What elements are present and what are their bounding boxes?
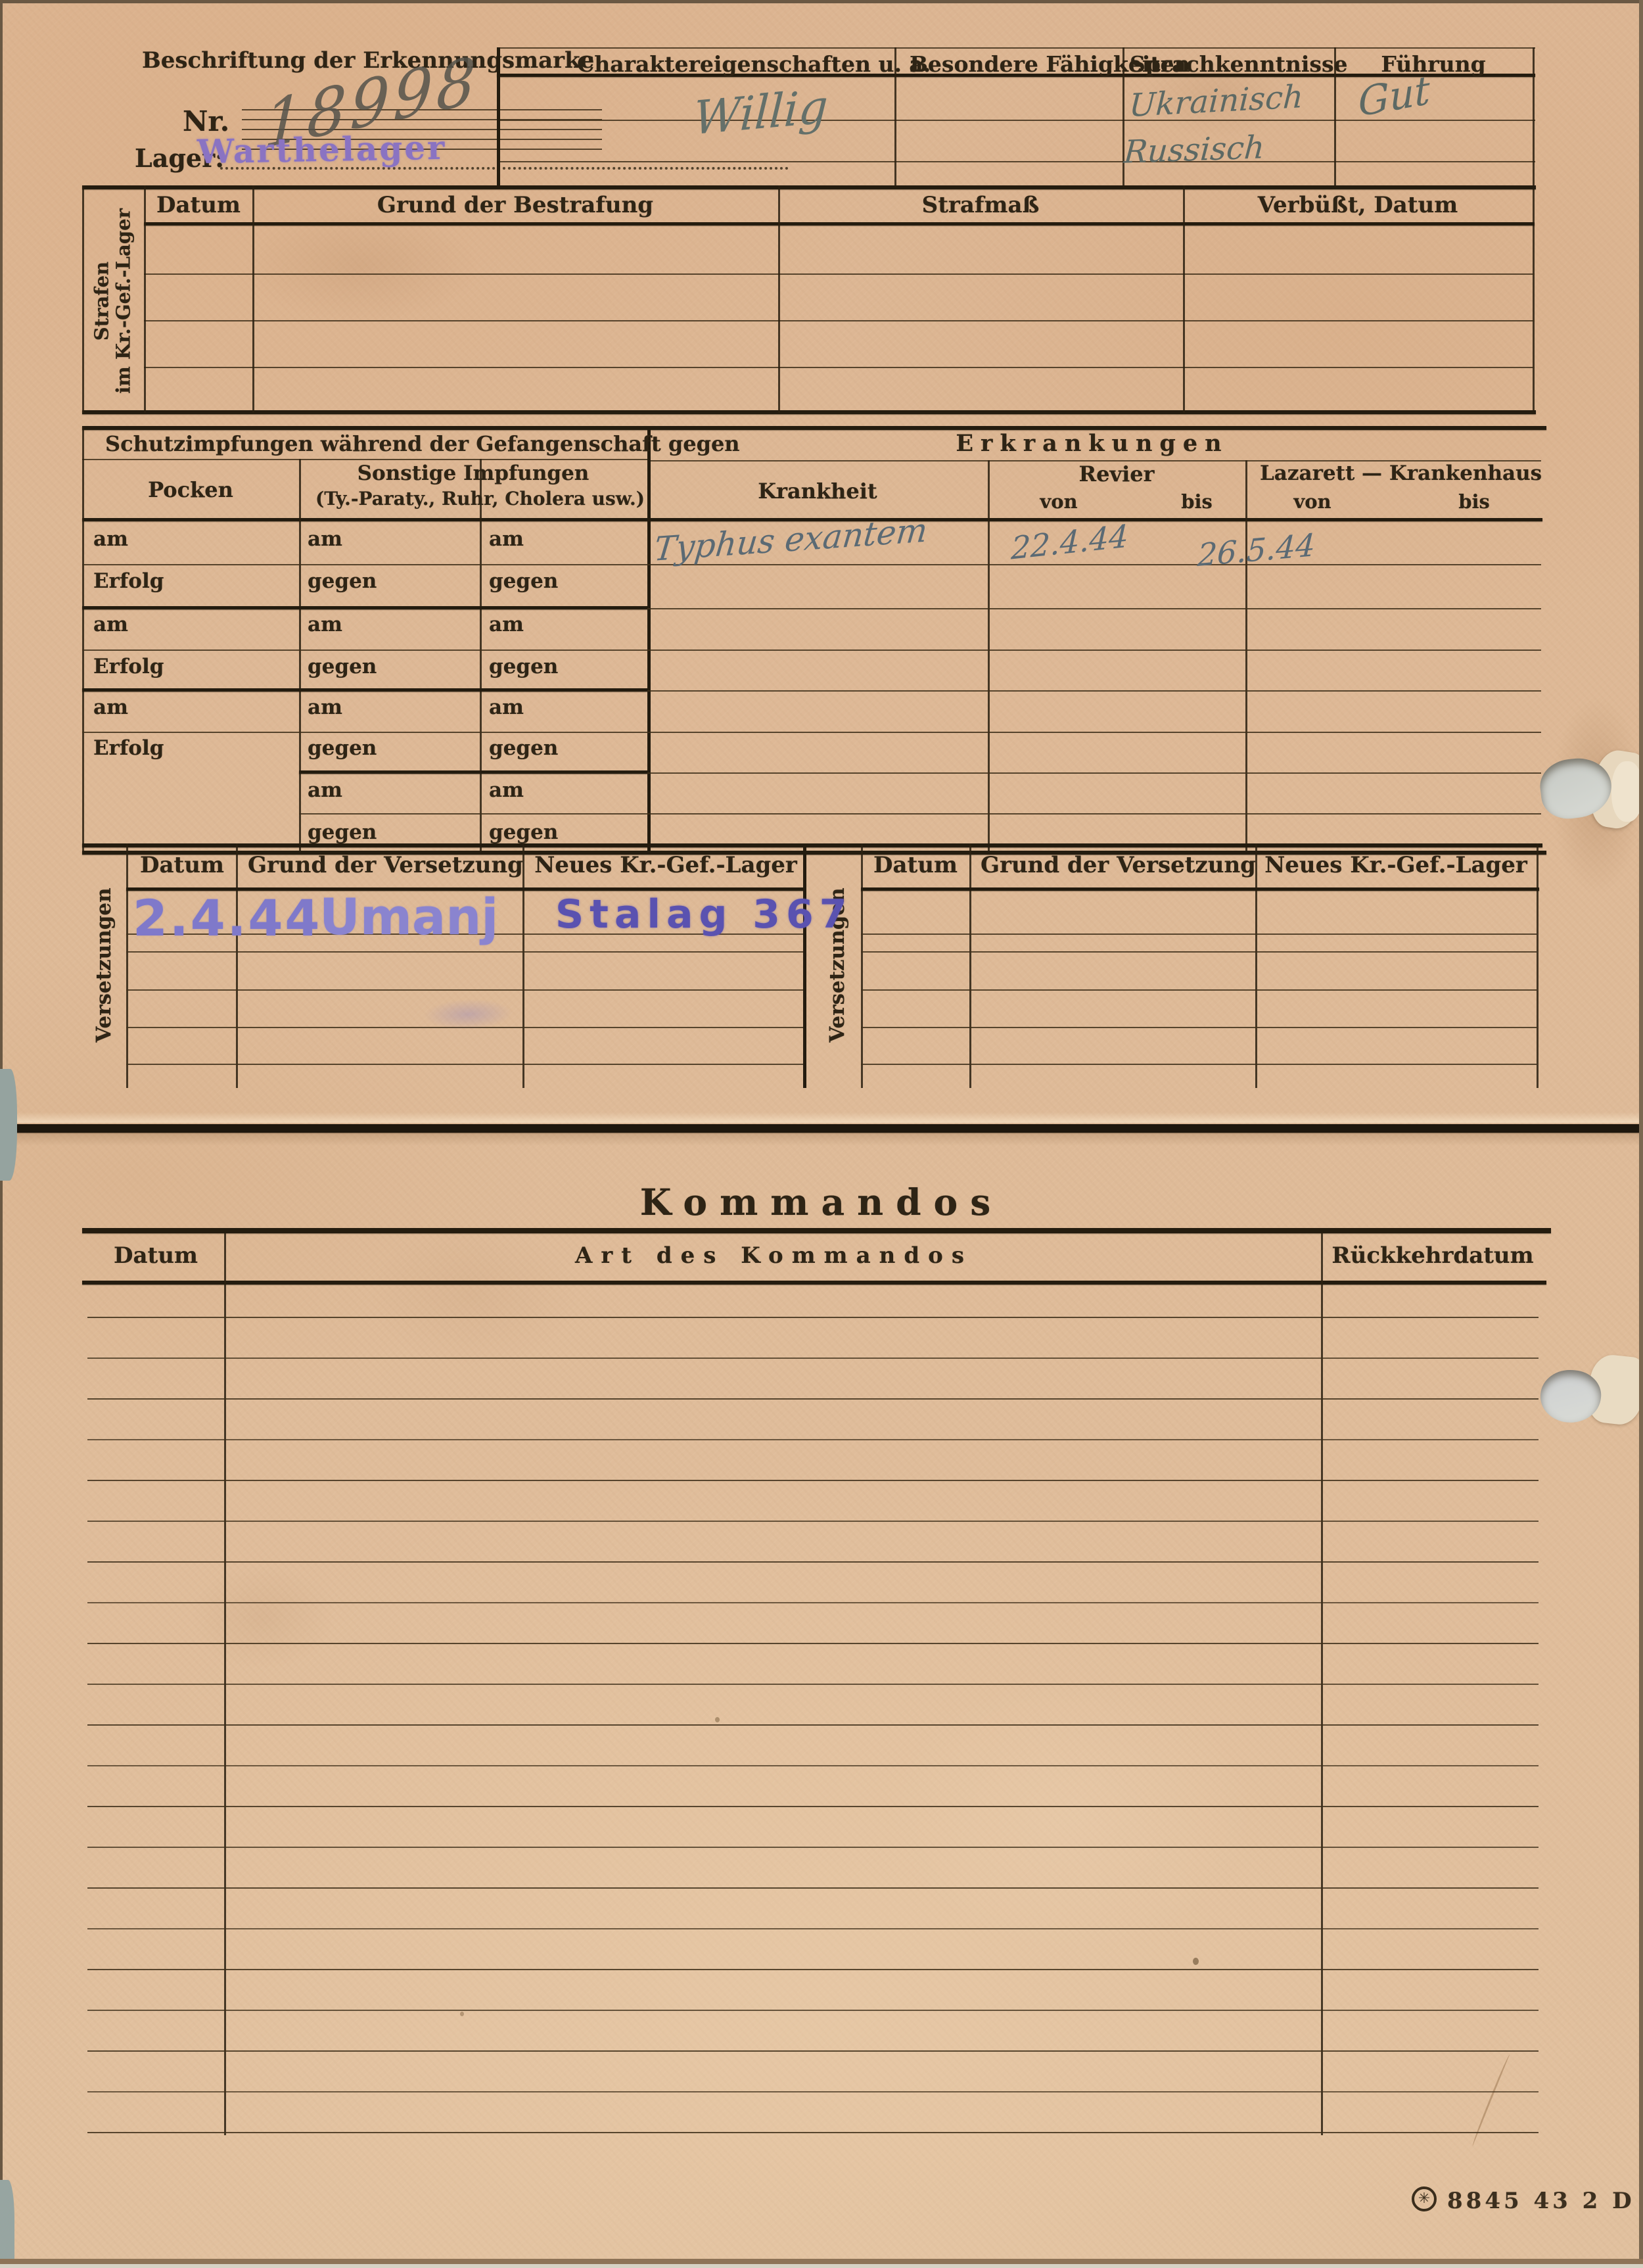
versetz-right-neues: Neues Kr.-Gef.-Lager	[1264, 852, 1527, 878]
edge-gray-bottom-left	[0, 2180, 14, 2268]
fuehrung-label: Führung	[1335, 51, 1532, 77]
edge-top	[0, 0, 1643, 3]
kommandos-col-art: Art des Kommandos	[575, 1242, 969, 1269]
print-code: 8845 43 2 D	[1447, 2188, 1635, 2214]
revier-von-entry-handwriting: 22.4.44	[1011, 518, 1129, 567]
versetz-left-neues: Neues Kr.-Gef.-Lager	[531, 852, 800, 878]
versetz-right-side-label: Versetzungen	[825, 834, 849, 1097]
print-symbol-icon: ✳	[1418, 2190, 1430, 2207]
fold-crease-highlight	[0, 1112, 1643, 1123]
versetz-right-grund: Grund der Versetzung	[981, 852, 1243, 878]
versetz-left-side-label: Versetzungen	[92, 834, 116, 1097]
stamp-ghost	[423, 998, 513, 1031]
krankheit-label: Krankheit	[686, 479, 949, 504]
lager-stamp-warthelager: Warthelager	[197, 128, 447, 172]
edge-gray-fold	[0, 1069, 17, 1181]
strafen-col-strafmass: Strafmaß	[849, 192, 1112, 218]
paper-speck	[715, 1717, 720, 1722]
lazarett-bis-label: bis	[1438, 490, 1510, 513]
revier-von-label: von	[1023, 490, 1095, 513]
strafen-col-verbuesst: Verbüßt, Datum	[1226, 192, 1489, 218]
charakter-label: Charaktereigenschaften u. a.	[577, 51, 814, 77]
fold-shadow	[0, 1133, 1643, 1146]
kommandos-header-rule	[82, 1281, 1546, 1285]
versetz-top-border	[82, 843, 1542, 847]
pocken-label: Pocken	[108, 477, 273, 502]
revier-label: Revier	[1018, 461, 1215, 486]
right-border	[1533, 47, 1535, 414]
punch-hole-top	[1537, 755, 1615, 822]
strafen-col-grund: Grund der Bestrafung	[318, 192, 712, 218]
sprachen-value2-handwriting: Russisch	[1122, 129, 1266, 171]
edge-right	[1639, 0, 1643, 2268]
sonstige-label-2: (Ty.-Paraty., Ruhr, Cholera usw.)	[315, 488, 631, 509]
revier-bis-label: bis	[1161, 490, 1233, 513]
strafen-bottom-border	[82, 410, 1536, 414]
impf-mid-divider	[647, 426, 651, 855]
strafen-side-label: Strafen im Kr.-Gef.-Lager	[91, 170, 135, 433]
lazarett-label: Lazarett — Krankenhaus	[1260, 461, 1526, 485]
paper-sheet: Beschriftung der Erkennungsmarke Nr. 189…	[0, 0, 1643, 2268]
paper-speck	[460, 2012, 464, 2016]
stain	[191, 1565, 335, 1670]
faehigkeiten-label: Besondere Fähigkeiten	[910, 51, 1107, 77]
kommandos-title: Kommandos	[624, 1181, 1019, 1223]
strafen-col-datum: Datum	[145, 192, 252, 218]
sprachen-value1-handwriting: Ukrainisch	[1128, 78, 1305, 124]
stain	[887, 1676, 1255, 1952]
scanned-pow-card: { "colors": { "paper": "#deba96", "line_…	[0, 0, 1643, 2268]
top-table-left-border	[497, 47, 500, 187]
impf-top-border	[82, 426, 1546, 430]
versetz-right-datum: Datum	[862, 852, 969, 878]
kommandos-col-datum: Datum	[90, 1242, 221, 1269]
erkrankungen-title: Erkrankungen	[895, 430, 1289, 457]
kommandos-col-rueckkehr: Rückkehrdatum	[1301, 1242, 1564, 1269]
sprachen-label: Sprachkenntnisse	[1130, 51, 1327, 77]
edge-bottom-strip	[0, 2264, 1643, 2268]
charakter-value-handwriting: Willig	[692, 80, 829, 146]
strafen-left-border	[82, 185, 84, 413]
stain	[368, 1223, 578, 1367]
versetz-left-grund: Grund der Versetzung	[248, 852, 511, 878]
top-table-top-border	[497, 47, 1535, 49]
lazarett-von-label: von	[1276, 490, 1349, 513]
edge-bottom-shadow	[0, 2259, 1643, 2264]
sonstige-label-1: Sonstige Impfungen	[325, 461, 621, 485]
versetz-left-datum: Datum	[129, 852, 235, 878]
punch-hole-bottom	[1539, 1367, 1604, 1425]
paper-speck	[1193, 1958, 1199, 1965]
strafen-top-border	[82, 185, 1536, 189]
fold-rule	[0, 1124, 1643, 1133]
kommandos-top-rule	[82, 1228, 1551, 1233]
revier-bis-entry-handwriting: 26.5.44	[1197, 527, 1316, 574]
versetz-entry-grund: Umanj	[319, 887, 498, 946]
versetz-entry-stamp-stalag: Stalag 367	[555, 891, 853, 937]
print-symbol-circle: ✳	[1412, 2186, 1437, 2211]
impfungen-title: Schutzimpfungen während der Gefangenscha…	[105, 431, 624, 456]
versetz-entry-datum: 2.4.44	[133, 889, 321, 947]
stain	[243, 210, 480, 322]
